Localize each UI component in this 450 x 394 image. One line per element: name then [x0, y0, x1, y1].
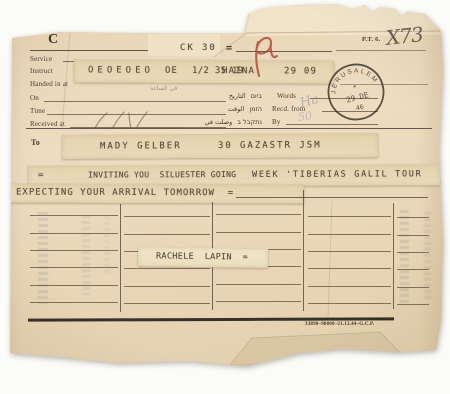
paper-surface: C CK 30 = P.T. 6. Service Instruct Hande…	[0, 0, 450, 394]
ruled-line	[308, 303, 391, 304]
ruled-line	[308, 216, 391, 217]
signature: RACHELE LAPIN =	[156, 251, 248, 262]
ruled-line	[216, 284, 301, 285]
ruled-line	[308, 268, 391, 269]
ruled-line	[124, 216, 210, 217]
postmark-star: ✶	[352, 84, 358, 91]
printer-imprint: 33898–90000–21.12.44–G.C.P.	[305, 322, 374, 327]
postmark-stamp: JERUSALEM ✶ 29 DE 46	[320, 56, 392, 128]
ruled-line-vertical	[393, 203, 394, 309]
ruled-line	[397, 235, 429, 236]
ruled-line	[397, 217, 429, 218]
telegram-paper: C CK 30 = P.T. 6. Service Instruct Hande…	[0, 0, 450, 394]
ruled-line	[30, 215, 118, 216]
ruled-line	[124, 234, 210, 235]
ruled-line	[397, 287, 429, 288]
ruled-line	[30, 285, 118, 286]
ruled-line	[30, 302, 118, 303]
ruled-line	[397, 252, 429, 253]
ruled-line-vertical	[303, 190, 304, 311]
scanned-telegram: C CK 30 = P.T. 6. Service Instruct Hande…	[0, 0, 450, 394]
postmark-year: 46	[355, 103, 365, 113]
ruled-line	[308, 251, 391, 252]
ruled-line	[30, 233, 118, 234]
ruled-line	[308, 234, 391, 235]
pasted-strip-signature: RACHELE LAPIN =	[138, 247, 268, 268]
postmark-date: 29 DE	[345, 90, 370, 104]
ruled-line	[124, 286, 210, 287]
ruled-line	[308, 286, 391, 287]
pen-check-mark: X73	[385, 22, 424, 50]
ruled-line	[216, 301, 301, 302]
ruled-line	[397, 269, 429, 270]
ruled-line	[397, 304, 429, 305]
ruled-line-vertical	[120, 204, 121, 312]
pencil-note-2: 50	[297, 109, 313, 124]
ruled-line	[216, 214, 301, 215]
ruled-line	[124, 303, 210, 304]
ruled-line	[30, 250, 118, 251]
ruled-line	[216, 232, 301, 233]
ruled-line	[30, 267, 118, 268]
ruled-line	[124, 268, 210, 269]
